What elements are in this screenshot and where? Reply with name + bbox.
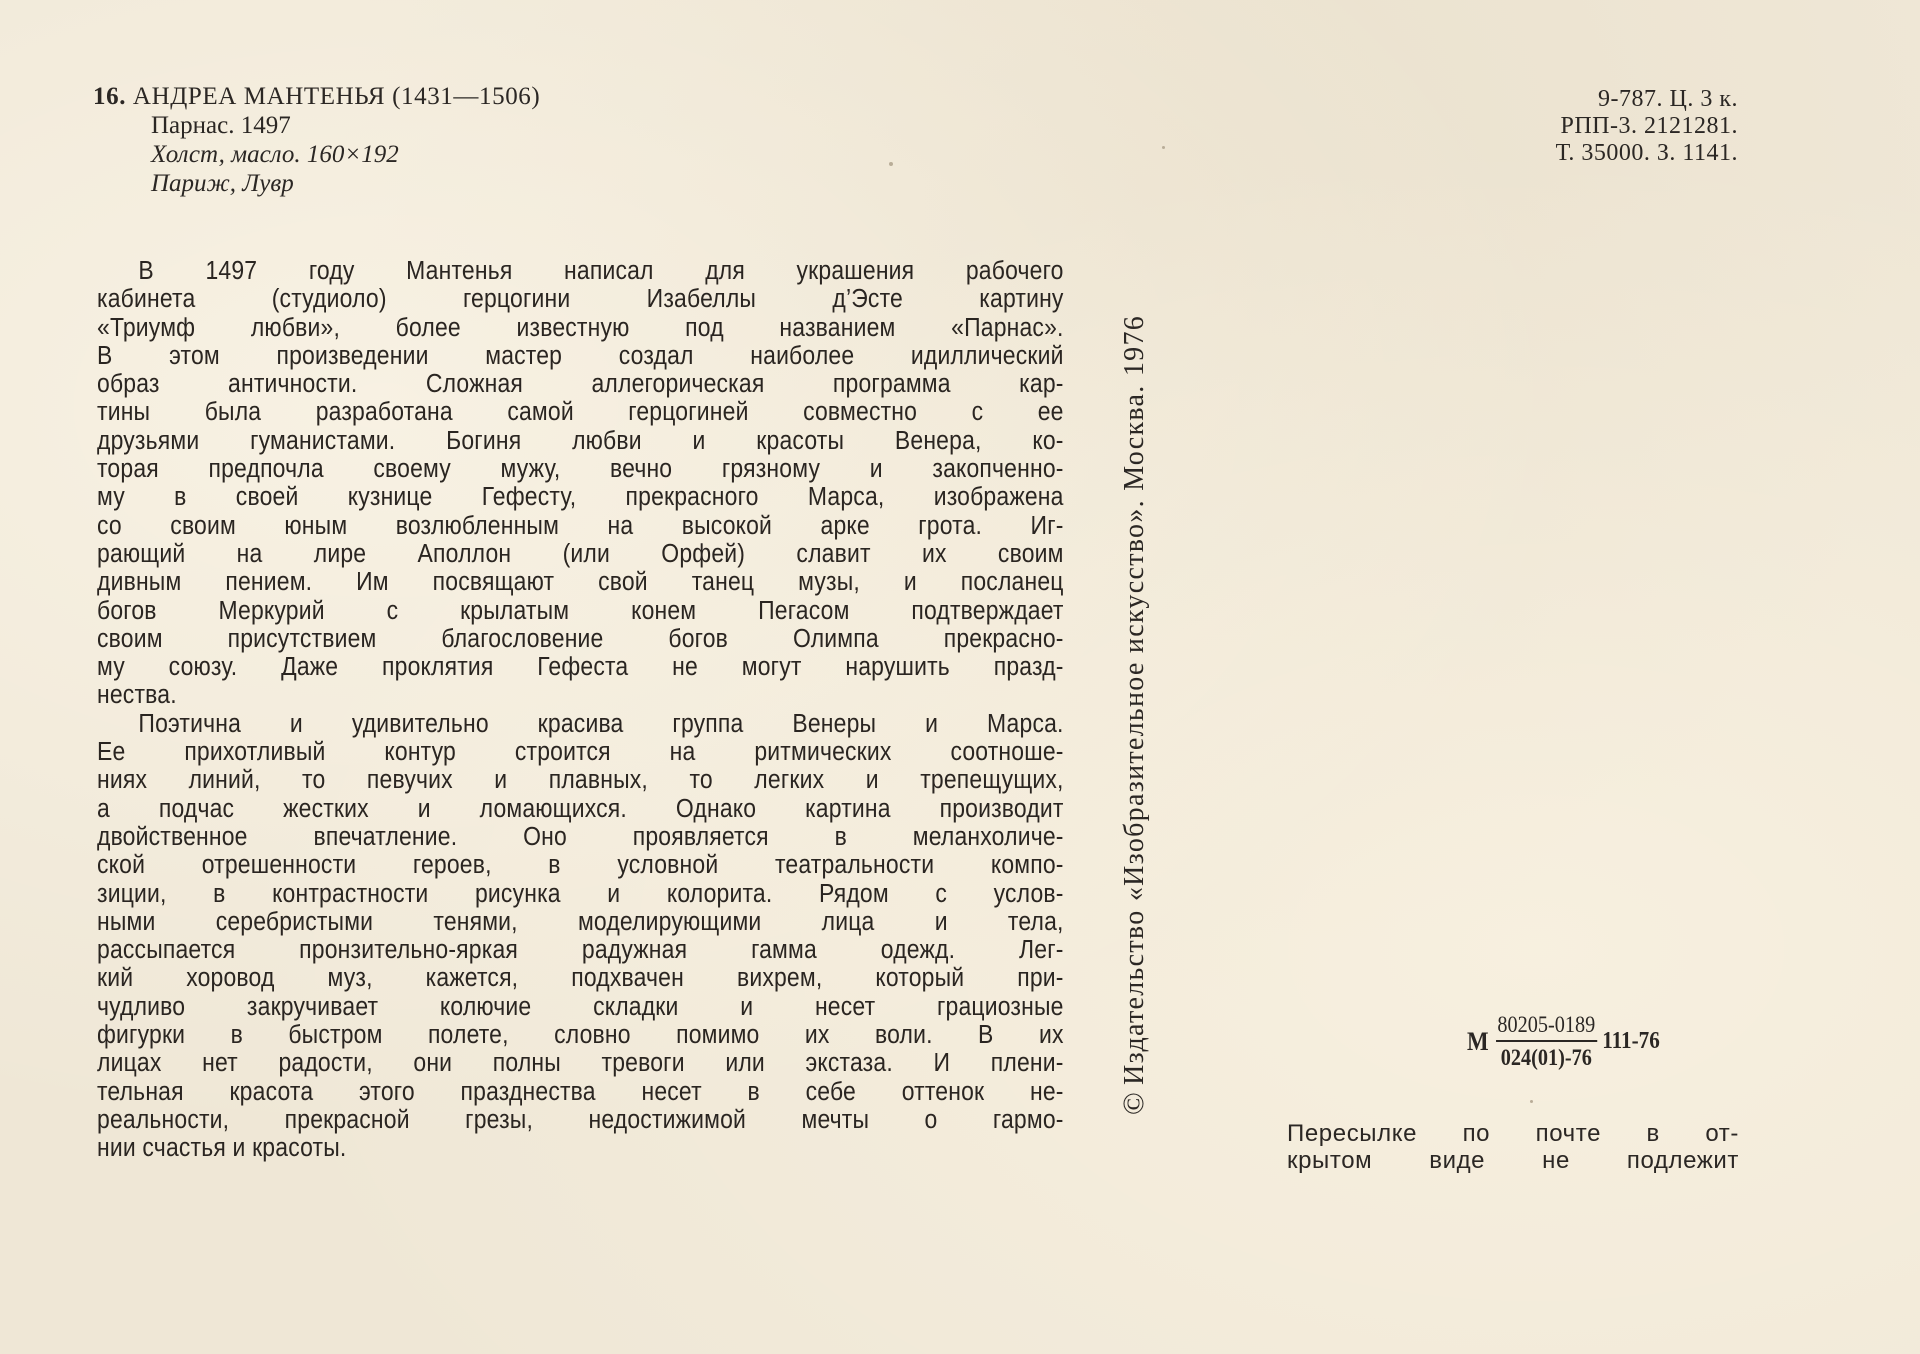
text-line: образ античности. Сложная аллегорическая… bbox=[97, 370, 1064, 398]
text-line: а подчас жестких и ломающихся. Однако ка… bbox=[97, 795, 1064, 823]
text-line: кий хоровод муз, кажется, подхвачен вихр… bbox=[97, 964, 1064, 992]
index-numerator: 80205-0189 bbox=[1496, 1012, 1597, 1042]
artwork-title-year: Парнас. 1497 bbox=[93, 111, 540, 140]
paper-speck bbox=[1530, 1100, 1533, 1103]
text-line: торая предпочла своему мужу, вечно грязн… bbox=[97, 455, 1064, 483]
text-line: богов Меркурий с крылатым конем Пегасом … bbox=[97, 597, 1064, 625]
print-info-run: Т. 35000. З. 1141. bbox=[1480, 140, 1738, 167]
text-line: нества. bbox=[97, 681, 1064, 709]
text-line: Ее прихотливый контур строится на ритмич… bbox=[97, 738, 1064, 766]
index-letter: М bbox=[1467, 1027, 1489, 1057]
postal-notice-line: крытом виде не подлежит bbox=[1287, 1147, 1739, 1174]
publisher-copyright: ©Издательство «Изобразительное искусство… bbox=[1117, 315, 1152, 1115]
artist-years: (1431—1506) bbox=[392, 83, 540, 110]
index-denominator: 024(01)-76 bbox=[1501, 1042, 1592, 1071]
text-line: рассыпается пронзительно-яркая радужная … bbox=[97, 936, 1064, 964]
text-line: чудливо закручивает колючие складки и не… bbox=[97, 993, 1064, 1021]
text-line: му в своей кузнице Гефесту, прекрасного … bbox=[97, 483, 1064, 511]
text-line: фигурки в быстром полете, словно помимо … bbox=[97, 1021, 1064, 1049]
print-info-price: 9-787. Ц. 3 к. bbox=[1480, 86, 1738, 113]
index-suffix: 111-76 bbox=[1602, 1028, 1660, 1055]
text-line: рающий на лире Аполлон (или Орфей) слави… bbox=[97, 540, 1064, 568]
index-fraction: 80205-0189 024(01)-76 bbox=[1496, 1012, 1597, 1071]
text-line: нии счастья и красоты. bbox=[97, 1134, 1064, 1162]
paragraph-1: В 1497 году Мантенья написал для украшен… bbox=[97, 257, 967, 710]
print-info-license: РПП-3. 2121281. bbox=[1480, 113, 1738, 140]
postal-notice: Пересылке по почте в от- крытом виде не … bbox=[1287, 1120, 1739, 1174]
text-line: му союзу. Даже проклятия Гефеста не могу… bbox=[97, 653, 1064, 681]
text-line: кабинета (студиоло) герцогини Изабеллы д… bbox=[97, 285, 1064, 313]
artist-name: АНДРЕА МАНТЕНЬЯ bbox=[133, 83, 385, 110]
copyright-text: Издательство «Изобразительное искусство»… bbox=[1119, 315, 1150, 1085]
text-line: Поэтична и удивительно красива группа Ве… bbox=[97, 710, 1064, 738]
article-text: В 1497 году Мантенья написал для украшен… bbox=[97, 257, 967, 1163]
artwork-caption: 16. АНДРЕА МАНТЕНЬЯ (1431—1506) Парнас. … bbox=[93, 82, 540, 198]
copyright-icon: © bbox=[1117, 1091, 1150, 1115]
text-line: ниях линий, то певучих и плавных, то лег… bbox=[97, 766, 1064, 794]
postal-notice-line: Пересылке по почте в от- bbox=[1287, 1120, 1739, 1147]
text-line: тельная красота этого празднества несет … bbox=[97, 1078, 1064, 1106]
text-line: зиции, в контрастности рисунка и колорит… bbox=[97, 880, 1064, 908]
paper-speck bbox=[1162, 146, 1165, 149]
text-line: реальности, прекрасной грезы, недостижим… bbox=[97, 1106, 1064, 1134]
catalog-index-code: М 80205-0189 024(01)-76 111-76 bbox=[1467, 1012, 1660, 1071]
text-line: ской отрешенности героев, в условной теа… bbox=[97, 851, 1064, 879]
paper-speck bbox=[889, 162, 893, 166]
artwork-medium-size: Холст, масло. 160×192 bbox=[93, 140, 540, 169]
artwork-location: Париж, Лувр bbox=[93, 169, 540, 198]
text-line: своим присутствием благословение богов О… bbox=[97, 625, 1064, 653]
text-line: со своим юным возлюбленным на высокой ар… bbox=[97, 512, 1064, 540]
text-line: дивным пением. Им посвящают свой танец м… bbox=[97, 568, 1064, 596]
plate-number: 16. bbox=[93, 83, 126, 110]
print-info: 9-787. Ц. 3 к. РПП-3. 2121281. Т. 35000.… bbox=[1480, 86, 1738, 167]
paragraph-2: Поэтична и удивительно красива группа Ве… bbox=[97, 710, 967, 1163]
caption-heading: 16. АНДРЕА МАНТЕНЬЯ (1431—1506) bbox=[93, 82, 540, 111]
text-line: В этом произведении мастер создал наибол… bbox=[97, 342, 1064, 370]
text-line: В 1497 году Мантенья написал для украшен… bbox=[97, 257, 1064, 285]
text-line: «Триумф любви», более известную под назв… bbox=[97, 314, 1064, 342]
text-line: ными серебристыми тенями, моделирующими … bbox=[97, 908, 1064, 936]
text-line: лицах нет радости, они полны тревоги или… bbox=[97, 1049, 1064, 1077]
text-line: тины была разработана самой герцогиней с… bbox=[97, 398, 1064, 426]
text-line: двойственное впечатление. Оно проявляетс… bbox=[97, 823, 1064, 851]
text-line: друзьями гуманистами. Богиня любви и кра… bbox=[97, 427, 1064, 455]
